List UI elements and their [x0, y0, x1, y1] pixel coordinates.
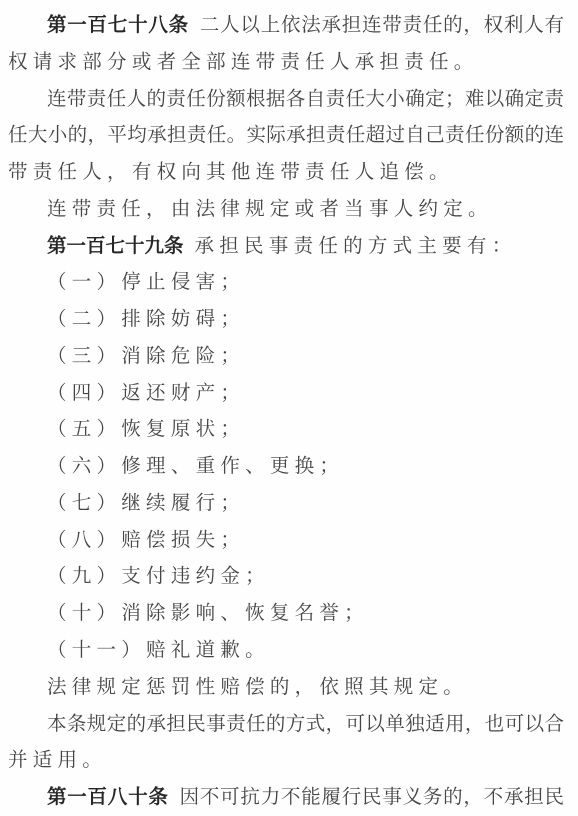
line-text: 因不可抗力不能履行民事义务的，不承担民 [180, 787, 564, 808]
text-line: 法律规定惩罚性赔偿的，依照其规定。 [8, 670, 564, 707]
line-text: （八）赔偿损失； [47, 530, 245, 551]
text-line: （三）消除危险； [8, 339, 564, 376]
text-line: （二）排除妨碍； [8, 302, 564, 339]
text-line: （十）消除影响、恢复名誉； [8, 596, 564, 633]
line-text: （十一）赔礼道歉。 [47, 640, 270, 661]
text-line: （五）恢复原状； [8, 412, 564, 449]
line-text: 承担民事责任的方式主要有： [195, 236, 517, 257]
line-text: 连带责任人的责任份额根据各自责任大小确定；难以确定责 [47, 89, 564, 110]
line-text: 法律规定惩罚性赔偿的，依照其规定。 [47, 677, 468, 698]
article-number: 第一百八十条 [47, 787, 169, 808]
line-text: （三）消除危险； [47, 346, 245, 367]
line-text: 任大小的，平均承担责任。实际承担责任超过自己责任份额的连 [8, 125, 564, 146]
text-line: （十一）赔礼道歉。 [8, 633, 564, 670]
line-text: （四）返还财产； [47, 383, 245, 404]
document-text: 第一百七十八条二人以上依法承担连带责任的，权利人有权请求部分或者全部连带责任人承… [8, 8, 564, 816]
article-number: 第一百七十八条 [47, 15, 189, 36]
text-line: （七）继续履行； [8, 486, 564, 523]
document-page: 第一百七十八条二人以上依法承担连带责任的，权利人有权请求部分或者全部连带责任人承… [0, 0, 578, 816]
line-text: 连带责任，由法律规定或者当事人约定。 [47, 199, 493, 220]
text-line: 带责任人，有权向其他连带责任人追偿。 [8, 155, 564, 192]
text-line: 任大小的，平均承担责任。实际承担责任超过自己责任份额的连 [8, 118, 564, 155]
line-text: （七）继续履行； [47, 493, 245, 514]
line-text: （一）停止侵害； [47, 272, 245, 293]
line-text: （九）支付违约金； [47, 566, 270, 587]
line-text: （二）排除妨碍； [47, 309, 245, 330]
text-line: 第一百七十八条二人以上依法承担连带责任的，权利人有 [8, 8, 564, 45]
line-text: （六）修理、重作、更换； [47, 456, 344, 477]
line-text: 本条规定的承担民事责任的方式，可以单独适用，也可以合 [47, 714, 564, 735]
line-text: （十）消除影响、恢复名誉； [47, 603, 369, 624]
text-line: 第一百七十九条承担民事责任的方式主要有： [8, 229, 564, 266]
article-number: 第一百七十九条 [47, 236, 184, 257]
text-line: （九）支付违约金； [8, 559, 564, 596]
line-text: 并适用。 [8, 750, 107, 771]
text-line: （八）赔偿损失； [8, 523, 564, 560]
line-text: （五）恢复原状； [47, 419, 245, 440]
text-line: 连带责任，由法律规定或者当事人约定。 [8, 192, 564, 229]
text-line: （一）停止侵害； [8, 265, 564, 302]
text-line: 连带责任人的责任份额根据各自责任大小确定；难以确定责 [8, 82, 564, 119]
line-text: 带责任人，有权向其他连带责任人追偿。 [8, 162, 454, 183]
line-text: 二人以上依法承担连带责任的，权利人有 [200, 15, 564, 36]
text-line: 本条规定的承担民事责任的方式，可以单独适用，也可以合 [8, 707, 564, 744]
line-text: 权请求部分或者全部连带责任人承担责任。 [8, 52, 479, 73]
text-line: （四）返还财产； [8, 376, 564, 413]
text-line: 第一百八十条因不可抗力不能履行民事义务的，不承担民 [8, 780, 564, 816]
text-line: 权请求部分或者全部连带责任人承担责任。 [8, 45, 564, 82]
text-line: 并适用。 [8, 743, 564, 780]
text-line: （六）修理、重作、更换； [8, 449, 564, 486]
